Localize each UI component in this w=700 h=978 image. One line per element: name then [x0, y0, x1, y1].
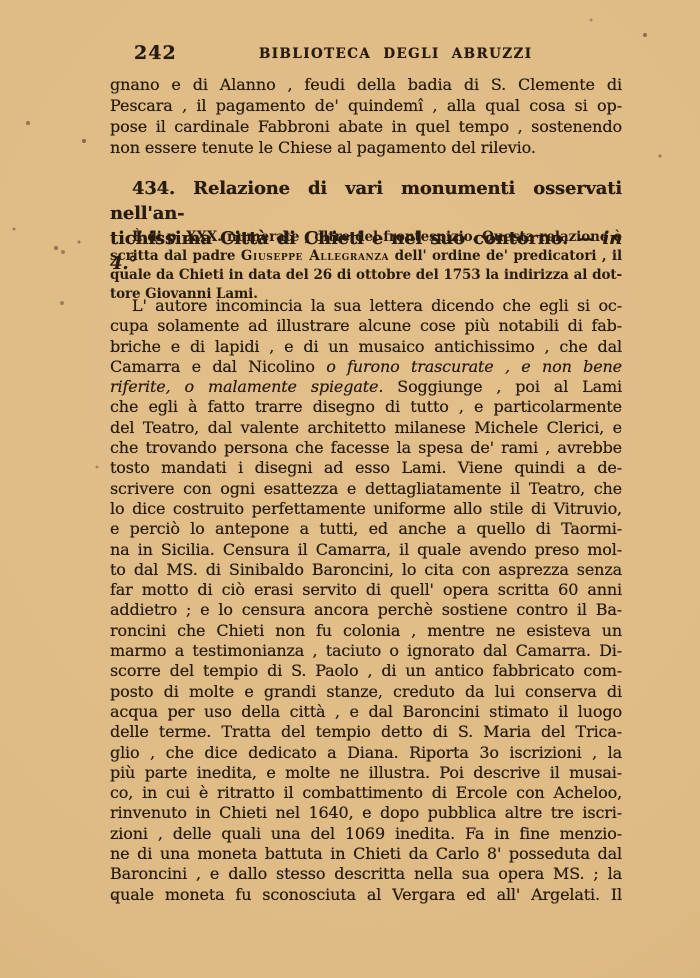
text-line: È di p. XXX. numerate , oltre del fronte… — [110, 228, 622, 247]
text-line: che trovando persona che facesse la spes… — [110, 438, 622, 458]
text-line: tosto mandati i disegni ad esso Lami. Vi… — [110, 458, 622, 478]
text-segment: non essere tenute le Chiese al pagamento… — [110, 138, 536, 157]
text-line: briche e di lapidi , e di un musaico ant… — [110, 337, 622, 357]
text-segment: lo dice costruito perfettamente uniforme… — [110, 499, 622, 518]
italic-text: riferite, o malamente spiegate. — [110, 377, 383, 396]
text-line: scrivere con ogni esattezza e dettagliat… — [110, 479, 622, 499]
text-segment: dell' ordine de' predicatori , il — [389, 248, 622, 264]
text-segment: cupa solamente ad illustrare alcune cose… — [110, 316, 622, 335]
text-line: che egli à fatto trarre disegno di tutto… — [110, 397, 622, 417]
text-line: 434. Relazione di vari monumenti osserva… — [110, 176, 622, 226]
text-segment: scrivere con ogni esattezza e dettagliat… — [110, 479, 622, 498]
text-segment: quale moneta fu sconosciuta al Vergara e… — [110, 885, 622, 904]
text-line: na in Sicilia. Censura il Camarra, il qu… — [110, 540, 622, 560]
bibliographic-note: È di p. XXX. numerate , oltre del fronte… — [110, 228, 622, 304]
text-segment: Baroncini , e dallo stesso descritta nel… — [110, 864, 622, 883]
text-segment: far motto di ciò erasi servito di quell'… — [110, 580, 622, 599]
text-segment: to dal MS. di Sinibaldo Baroncini, lo ci… — [110, 560, 622, 579]
text-segment: quale da Chieti in data del 26 di ottobr… — [110, 267, 622, 283]
text-line: L' autore incomincia la sua lettera dice… — [110, 296, 622, 316]
text-line: posto di molte e grandi stanze, creduto … — [110, 682, 622, 702]
text-segment: L' autore incomincia la sua lettera dice… — [132, 296, 622, 315]
text-line: riferite, o malamente spiegate. Soggiung… — [110, 377, 622, 397]
text-line: marmo a testimonianza , taciuto o ignora… — [110, 641, 622, 661]
text-line: pose il cardinale Fabbroni abate in quel… — [110, 116, 622, 137]
text-line: far motto di ciò erasi servito di quell'… — [110, 580, 622, 600]
text-segment: posto di molte e grandi stanze, creduto … — [110, 682, 622, 701]
text-line: addietro ; e lo censura ancora perchè so… — [110, 600, 622, 620]
text-line: Baroncini , e dallo stesso descritta nel… — [110, 864, 622, 884]
text-segment: roncini che Chieti non fu colonia , ment… — [110, 621, 622, 640]
text-segment: del Teatro, dal valente architetto milan… — [110, 418, 622, 437]
text-segment: scorre del tempio di S. Paolo , di un an… — [110, 661, 622, 680]
text-segment: glio , che dice dedicato a Diana. Riport… — [110, 743, 622, 762]
text-segment: delle terme. Tratta del tempio detto di … — [110, 722, 622, 741]
text-segment: na in Sicilia. Censura il Camarra, il qu… — [110, 540, 622, 559]
text-line: zioni , delle quali una del 1069 inedita… — [110, 824, 622, 844]
intro-paragraph: gnano e di Alanno , feudi della badia di… — [110, 74, 622, 158]
text-segment: co, in cui è ritratto il combattimento d… — [110, 783, 622, 802]
text-line: più parte inedita, e molte ne illustra. … — [110, 763, 622, 783]
body-paragraph: L' autore incomincia la sua lettera dice… — [110, 296, 622, 905]
text-segment: Soggiunge , poi al Lami — [383, 377, 622, 396]
italic-text: o furono trascurate , e non bene — [326, 357, 622, 376]
paper-specks — [0, 0, 2, 2]
text-line: Pescara , il pagamento de' quindemî , al… — [110, 95, 622, 116]
text-line: scritta dal padre Giuseppe Allegranza de… — [110, 247, 622, 266]
text-segment: tosto mandati i disegni ad esso Lami. Vi… — [110, 458, 622, 477]
text-segment: rinvenuto in Chieti nel 1640, e dopo pub… — [110, 803, 622, 822]
text-line: rinvenuto in Chieti nel 1640, e dopo pub… — [110, 803, 622, 823]
text-segment: marmo a testimonianza , taciuto o ignora… — [110, 641, 622, 660]
text-line: roncini che Chieti non fu colonia , ment… — [110, 621, 622, 641]
running-header: 242 BIBLIOTECA DEGLI ABRUZZI — [0, 42, 700, 66]
text-line: quale da Chieti in data del 26 di ottobr… — [110, 266, 622, 285]
page-number: 242 — [134, 42, 177, 64]
scanned-book-page: 242 BIBLIOTECA DEGLI ABRUZZI gnano e di … — [0, 0, 700, 978]
text-line: del Teatro, dal valente architetto milan… — [110, 418, 622, 438]
text-line: lo dice costruito perfettamente uniforme… — [110, 499, 622, 519]
text-segment: zioni , delle quali una del 1069 inedita… — [110, 824, 622, 843]
text-segment: acqua per uso della città , e dal Baronc… — [110, 702, 622, 721]
text-segment: È di p. XXX. numerate , oltre del fronte… — [132, 229, 622, 245]
text-line: e perciò lo antepone a tutti, ed anche a… — [110, 519, 622, 539]
text-line: gnano e di Alanno , feudi della badia di… — [110, 74, 622, 95]
text-segment: addietro ; e lo censura ancora perchè so… — [110, 600, 622, 619]
text-line: cupa solamente ad illustrare alcune cose… — [110, 316, 622, 336]
text-line: scorre del tempio di S. Paolo , di un an… — [110, 661, 622, 681]
text-line: ne di una moneta battuta in Chieti da Ca… — [110, 844, 622, 864]
text-segment: che trovando persona che facesse la spes… — [110, 438, 622, 457]
text-segment: gnano e di Alanno , feudi della badia di… — [110, 75, 622, 94]
text-segment: ne di una moneta battuta in Chieti da Ca… — [110, 844, 622, 863]
text-segment: pose il cardinale Fabbroni abate in quel… — [110, 117, 622, 136]
text-segment: e perciò lo antepone a tutti, ed anche a… — [110, 519, 622, 538]
smallcaps-name: Giuseppe Allegranza — [241, 248, 389, 264]
running-title: BIBLIOTECA DEGLI ABRUZZI — [259, 46, 533, 62]
text-line: quale moneta fu sconosciuta al Vergara e… — [110, 885, 622, 905]
text-segment: 434. Relazione di vari monumenti osserva… — [110, 178, 622, 224]
text-line: Camarra e dal Nicolino o furono trascura… — [110, 357, 622, 377]
text-segment: scritta dal padre — [110, 248, 241, 264]
text-line: glio , che dice dedicato a Diana. Riport… — [110, 743, 622, 763]
text-segment: che egli à fatto trarre disegno di tutto… — [110, 397, 622, 416]
text-segment: briche e di lapidi , e di un musaico ant… — [110, 337, 622, 356]
text-segment: Pescara , il pagamento de' quindemî , al… — [110, 96, 622, 115]
text-line: delle terme. Tratta del tempio detto di … — [110, 722, 622, 742]
text-line: acqua per uso della città , e dal Baronc… — [110, 702, 622, 722]
text-line: co, in cui è ritratto il combattimento d… — [110, 783, 622, 803]
text-line: non essere tenute le Chiese al pagamento… — [110, 137, 622, 158]
text-segment: più parte inedita, e molte ne illustra. … — [110, 763, 622, 782]
text-segment: Camarra e dal Nicolino — [110, 357, 326, 376]
text-line: to dal MS. di Sinibaldo Baroncini, lo ci… — [110, 560, 622, 580]
